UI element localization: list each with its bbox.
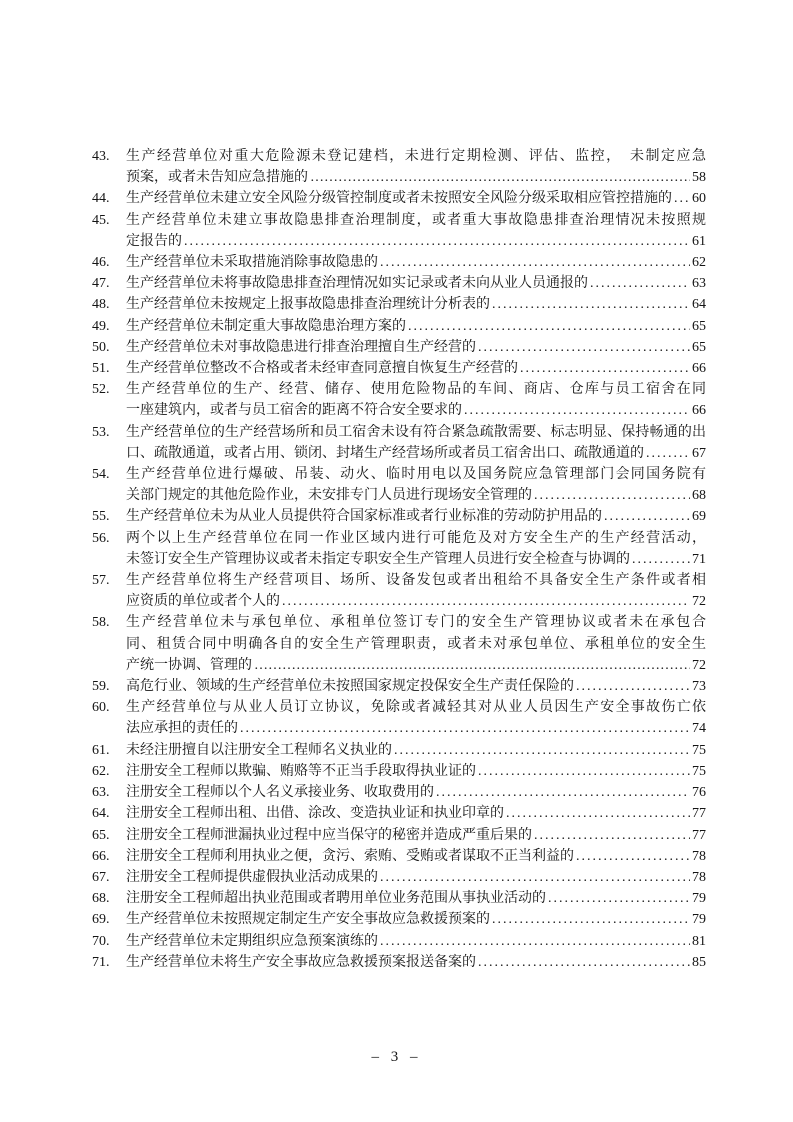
entry-number: 70.	[92, 931, 126, 952]
entry-body: 注册安全工程师以个人名义承接业务、收取费用的 .................…	[126, 782, 706, 803]
document-page: 43. 生产经营单位对重大危险源未登记建档，未进行定期检测、评估、监控， 未制定…	[0, 0, 793, 1122]
entry-text: 关部门规定的其他危险作业，未安排专门人员进行现场安全管理的	[126, 485, 532, 506]
toc-entry: 55. 生产经营单位未为从业人员提供符合国家标准或者行业标准的劳动防护用品的 .…	[92, 506, 706, 527]
dot-leader: ........................................…	[476, 761, 690, 782]
entry-text: 注册安全工程师以个人名义承接业务、收取费用的	[126, 782, 434, 803]
toc-entry: 63. 注册安全工程师以个人名义承接业务、收取费用的 .............…	[92, 782, 706, 803]
dot-leader: ……………………………………………………………………………………………………………	[252, 655, 690, 676]
entry-text-line: 生产经营单位与从业人员订立协议，免除或者减轻其对从业人员因生产安全事故伤亡依	[126, 697, 706, 718]
dot-leader: ........................................…	[182, 231, 690, 252]
entry-page-number: 62	[690, 252, 706, 273]
entry-page-number: 78	[690, 867, 706, 888]
entry-text: 预案，或者未告知应急措施的	[126, 167, 308, 188]
toc-entry: 68. 注册安全工程师超出执业范围或者聘用单位业务范围从事执业活动的 .....…	[92, 888, 706, 909]
toc-entry: 54. 生产经营单位进行爆破、吊装、动火、临时用电以及国务院应急管理部门会同国务…	[92, 464, 706, 506]
entry-body: 生产经营单位未建立事故隐患排查治理制度，或者重大事故隐患排查治理情况未按照规 定…	[126, 210, 706, 252]
entry-body: 生产经营单位未将生产安全事故应急救援预案报送备案的 ..............…	[126, 952, 706, 973]
entry-last-line: 口、疏散通道，或者占用、锁闭、封堵生产经营场所或者员工宿舍出口、疏散通道的 ..…	[126, 443, 706, 464]
entry-last-line: 一座建筑内，或者与员工宿舍的距离不符合安全要求的 ...............…	[126, 400, 706, 421]
entry-last-line: 注册安全工程师提供虚假执业活动成果的 .....................…	[126, 867, 706, 888]
dot-leader: ........................................…	[378, 931, 690, 952]
entry-number: 65.	[92, 825, 126, 846]
entry-number: 69.	[92, 909, 126, 930]
entry-text: 注册安全工程师提供虚假执业活动成果的	[126, 867, 378, 888]
entry-number: 53.	[92, 422, 126, 443]
entry-number: 57.	[92, 570, 126, 591]
entry-body: 注册安全工程师提供虚假执业活动成果的 .....................…	[126, 867, 706, 888]
entry-text: 生产经营单位未采取措施消除事故隐患的	[126, 252, 378, 273]
entry-text: 定报告的	[126, 231, 182, 252]
entry-last-line: 未签订安全生产管理协议或者未指定专职安全生产管理人员进行安全检查与协调的 ...…	[126, 549, 706, 570]
entry-text: 口、疏散通道，或者占用、锁闭、封堵生产经营场所或者员工宿舍出口、疏散通道的	[126, 443, 644, 464]
entry-page-number: 81	[690, 931, 706, 952]
entry-last-line: 注册安全工程师出租、出借、涂改、变造执业证和执业印章的 ............…	[126, 803, 706, 824]
entry-text-line: 生产经营单位未建立事故隐患排查治理制度，或者重大事故隐患排查治理情况未按照规	[126, 210, 706, 231]
toc-entry: 69. 生产经营单位未按照规定制定生产安全事故应急救援预案的 .........…	[92, 909, 706, 930]
toc-entry: 67. 注册安全工程师提供虚假执业活动成果的 .................…	[92, 867, 706, 888]
entry-last-line: 生产经营单位未按照规定制定生产安全事故应急救援预案的 .............…	[126, 909, 706, 930]
entry-number: 51.	[92, 358, 126, 379]
entry-text: 生产经营单位未按规定上报事故隐患排查治理统计分析表的	[126, 294, 490, 315]
entry-last-line: 生产经营单位未将事故隐患排查治理情况如实记录或者未向从业人员通报的 ......…	[126, 273, 706, 294]
entry-last-line: 注册安全工程师以欺骗、贿赂等不正当手段取得执业证的 ..............…	[126, 761, 706, 782]
toc-entry: 62. 注册安全工程师以欺骗、贿赂等不正当手段取得执业证的 ..........…	[92, 761, 706, 782]
entry-last-line: 未经注册擅自以注册安全工程师名义执业的 ....................…	[126, 740, 706, 761]
entry-page-number: 72	[690, 655, 706, 676]
entry-last-line: 生产经营单位未对事故隐患进行排查治理擅自生产经营的 ..............…	[126, 337, 706, 358]
entry-text: 应资质的单位或者个人的	[126, 591, 280, 612]
dot-leader: ........................................…	[630, 549, 690, 570]
entry-body: 生产经营单位未定期组织应急预案演练的 .....................…	[126, 931, 706, 952]
entry-page-number: 58	[690, 167, 706, 188]
dot-leader: ........................................…	[532, 825, 690, 846]
dot-leader: ........................................…	[462, 400, 690, 421]
entry-last-line: 生产经营单位未定期组织应急预案演练的 .....................…	[126, 931, 706, 952]
entry-page-number: 67	[690, 443, 706, 464]
entry-body: 生产经营单位未为从业人员提供符合国家标准或者行业标准的劳动防护用品的 .....…	[126, 506, 706, 527]
entry-number: 59.	[92, 676, 126, 697]
entry-last-line: 高危行业、领域的生产经营单位未按照国家规定投保安全生产责任保险的 .......…	[126, 676, 706, 697]
entry-page-number: 75	[690, 740, 706, 761]
entry-last-line: 预案，或者未告知应急措施的 ………………………………………………………………………	[126, 167, 706, 188]
entry-number: 47.	[92, 273, 126, 294]
entry-body: 生产经营单位未采取措施消除事故隐患的 .....................…	[126, 252, 706, 273]
entry-body: 生产经营单位将生产经营项目、场所、设备发包或者出租给不具备安全生产条件或者相 应…	[126, 570, 706, 612]
toc-entry: 60. 生产经营单位与从业人员订立协议，免除或者减轻其对从业人员因生产安全事故伤…	[92, 697, 706, 739]
dot-leader: ........................................…	[378, 867, 690, 888]
entry-last-line: 生产经营单位未采取措施消除事故隐患的 .....................…	[126, 252, 706, 273]
entry-number: 50.	[92, 337, 126, 358]
entry-text: 生产经营单位未按照规定制定生产安全事故应急救援预案的	[126, 909, 490, 930]
dot-leader: ........................................…	[588, 273, 690, 294]
entry-number: 52.	[92, 379, 126, 400]
toc-list: 43. 生产经营单位对重大危险源未登记建档，未进行定期检测、评估、监控， 未制定…	[92, 146, 706, 973]
toc-entry: 59. 高危行业、领域的生产经营单位未按照国家规定投保安全生产责任保险的 ...…	[92, 676, 706, 697]
entry-body: 生产经营单位的生产、经营、储存、使用危险物品的车间、商店、仓库与员工宿舍在同 一…	[126, 379, 706, 421]
entry-text-line: 生产经营单位的生产、经营、储存、使用危险物品的车间、商店、仓库与员工宿舍在同	[126, 379, 706, 400]
entry-page-number: 85	[690, 952, 706, 973]
entry-number: 67.	[92, 867, 126, 888]
entry-body: 生产经营单位未对事故隐患进行排查治理擅自生产经营的 ..............…	[126, 337, 706, 358]
entry-text: 高危行业、领域的生产经营单位未按照国家规定投保安全生产责任保险的	[126, 676, 574, 697]
entry-last-line: 注册安全工程师利用执业之便，贪污、索贿、受贿或者谋取不正当利益的 .......…	[126, 846, 706, 867]
entry-text: 注册安全工程师超出执业范围或者聘用单位业务范围从事执业活动的	[126, 888, 546, 909]
entry-body: 高危行业、领域的生产经营单位未按照国家规定投保安全生产责任保险的 .......…	[126, 676, 706, 697]
entry-text-line: 生产经营单位未与承包单位、承租单位签订专门的安全生产管理协议或者未在承包合	[126, 612, 706, 633]
toc-entry: 51. 生产经营单位整改不合格或者未经审查同意擅自恢复生产经营的 .......…	[92, 358, 706, 379]
entry-number: 64.	[92, 803, 126, 824]
toc-entry: 58. 生产经营单位未与承包单位、承租单位签订专门的安全生产管理协议或者未在承包…	[92, 612, 706, 676]
entry-number: 43.	[92, 146, 126, 167]
entry-last-line: 应资质的单位或者个人的 ............................…	[126, 591, 706, 612]
toc-entry: 70. 生产经营单位未定期组织应急预案演练的 .................…	[92, 931, 706, 952]
toc-entry: 52. 生产经营单位的生产、经营、储存、使用危险物品的车间、商店、仓库与员工宿舍…	[92, 379, 706, 421]
entry-text: 注册安全工程师泄漏执业过程中应当保守的秘密并造成严重后果的	[126, 825, 532, 846]
entry-body: 生产经营单位未制定重大事故隐患治理方案的 ...................…	[126, 316, 706, 337]
entry-body: 生产经营单位未按规定上报事故隐患排查治理统计分析表的 .............…	[126, 294, 706, 315]
entry-number: 49.	[92, 316, 126, 337]
entry-page-number: 60	[690, 188, 706, 209]
dot-leader: ........................................…	[280, 591, 690, 612]
entry-body: 生产经营单位未建立安全风险分级管控制度或者未按照安全风险分级采取相应管控措施的 …	[126, 188, 706, 209]
toc-entry: 66. 注册安全工程师利用执业之便，贪污、索贿、受贿或者谋取不正当利益的 ...…	[92, 846, 706, 867]
entry-body: 两个以上生产经营单位在同一作业区域内进行可能危及对方安全生产的生产经营活动， 未…	[126, 528, 706, 570]
entry-text: 生产经营单位未将生产安全事故应急救援预案报送备案的	[126, 952, 476, 973]
entry-text: 生产经营单位未制定重大事故隐患治理方案的	[126, 316, 406, 337]
entry-page-number: 66	[690, 400, 706, 421]
entry-number: 44.	[92, 188, 126, 209]
entry-page-number: 77	[690, 825, 706, 846]
entry-page-number: 63	[690, 273, 706, 294]
entry-number: 54.	[92, 464, 126, 485]
entry-number: 58.	[92, 612, 126, 633]
entry-page-number: 65	[690, 337, 706, 358]
entry-number: 55.	[92, 506, 126, 527]
entry-body: 生产经营单位的生产经营场所和员工宿舍未设有符合紧急疏散需要、标志明显、保持畅通的…	[126, 422, 706, 464]
entry-text: 注册安全工程师出租、出借、涂改、变造执业证和执业印章的	[126, 803, 504, 824]
footer-page-number: – 3 –	[0, 1049, 793, 1066]
toc-entry: 49. 生产经营单位未制定重大事故隐患治理方案的 ...............…	[92, 316, 706, 337]
dot-leader: ........................................…	[574, 676, 690, 697]
entry-text: 法应承担的责任的	[126, 718, 238, 739]
dot-leader: ........................................…	[574, 846, 690, 867]
entry-last-line: 生产经营单位未制定重大事故隐患治理方案的 ...................…	[126, 316, 706, 337]
entry-number: 45.	[92, 210, 126, 231]
entry-body: 注册安全工程师利用执业之便，贪污、索贿、受贿或者谋取不正当利益的 .......…	[126, 846, 706, 867]
toc-entry: 65. 注册安全工程师泄漏执业过程中应当保守的秘密并造成严重后果的 ......…	[92, 825, 706, 846]
entry-page-number: 76	[690, 782, 706, 803]
entry-body: 生产经营单位未按照规定制定生产安全事故应急救援预案的 .............…	[126, 909, 706, 930]
entry-text: 生产经营单位整改不合格或者未经审查同意擅自恢复生产经营的	[126, 358, 518, 379]
entry-body: 注册安全工程师以欺骗、贿赂等不正当手段取得执业证的 ..............…	[126, 761, 706, 782]
entry-text: 未签订安全生产管理协议或者未指定专职安全生产管理人员进行安全检查与协调的	[126, 549, 630, 570]
entry-page-number: 61	[690, 231, 706, 252]
entry-text-line: 生产经营单位将生产经营项目、场所、设备发包或者出租给不具备安全生产条件或者相	[126, 570, 706, 591]
toc-entry: 45. 生产经营单位未建立事故隐患排查治理制度，或者重大事故隐患排查治理情况未按…	[92, 210, 706, 252]
entry-text: 生产经营单位未建立安全风险分级管控制度或者未按照安全风险分级采取相应管控措施的	[126, 188, 672, 209]
toc-entry: 50. 生产经营单位未对事故隐患进行排查治理擅自生产经营的 ..........…	[92, 337, 706, 358]
entry-body: 生产经营单位未将事故隐患排查治理情况如实记录或者未向从业人员通报的 ......…	[126, 273, 706, 294]
toc-entry: 47. 生产经营单位未将事故隐患排查治理情况如实记录或者未向从业人员通报的 ..…	[92, 273, 706, 294]
toc-entry: 57. 生产经营单位将生产经营项目、场所、设备发包或者出租给不具备安全生产条件或…	[92, 570, 706, 612]
entry-body: 注册安全工程师出租、出借、涂改、变造执业证和执业印章的 ............…	[126, 803, 706, 824]
dot-leader: ........................................…	[532, 485, 690, 506]
entry-last-line: 注册安全工程师泄漏执业过程中应当保守的秘密并造成严重后果的 ..........…	[126, 825, 706, 846]
entry-body: 注册安全工程师泄漏执业过程中应当保守的秘密并造成严重后果的 ..........…	[126, 825, 706, 846]
entry-page-number: 73	[690, 676, 706, 697]
entry-last-line: 生产经营单位未为从业人员提供符合国家标准或者行业标准的劳动防护用品的 .....…	[126, 506, 706, 527]
dot-leader: ........................................…	[518, 358, 690, 379]
entry-page-number: 77	[690, 803, 706, 824]
entry-page-number: 75	[690, 761, 706, 782]
entry-last-line: 注册安全工程师超出执业范围或者聘用单位业务范围从事执业活动的 .........…	[126, 888, 706, 909]
dot-leader: ........................................…	[392, 740, 690, 761]
entry-last-line: 定报告的 ...................................…	[126, 231, 706, 252]
dot-leader: ........................................…	[434, 782, 690, 803]
entry-body: 生产经营单位进行爆破、吊装、动火、临时用电以及国务院应急管理部门会同国务院有 关…	[126, 464, 706, 506]
entry-last-line: 生产经营单位未建立安全风险分级管控制度或者未按照安全风险分级采取相应管控措施的 …	[126, 188, 706, 209]
dot-leader: ........................................…	[504, 803, 690, 824]
entry-text: 一座建筑内，或者与员工宿舍的距离不符合安全要求的	[126, 400, 462, 421]
entry-body: 生产经营单位与从业人员订立协议，免除或者减轻其对从业人员因生产安全事故伤亡依 法…	[126, 697, 706, 739]
entry-text-line: 生产经营单位的生产经营场所和员工宿舍未设有符合紧急疏散需要、标志明显、保持畅通的…	[126, 422, 706, 443]
dot-leader: ........................................…	[490, 294, 690, 315]
entry-number: 63.	[92, 782, 126, 803]
toc-entry: 46. 生产经营单位未采取措施消除事故隐患的 .................…	[92, 252, 706, 273]
entry-last-line: 法应承担的责任的 ...............................…	[126, 718, 706, 739]
entry-last-line: 产统一协调、管理的 …………………………………………………………………………………	[126, 655, 706, 676]
entry-body: 生产经营单位对重大危险源未登记建档，未进行定期检测、评估、监控， 未制定应急 预…	[126, 146, 706, 188]
entry-page-number: 78	[690, 846, 706, 867]
toc-entry: 61. 未经注册擅自以注册安全工程师名义执业的 ................…	[92, 740, 706, 761]
entry-number: 46.	[92, 252, 126, 273]
entry-last-line: 生产经营单位整改不合格或者未经审查同意擅自恢复生产经营的 ...........…	[126, 358, 706, 379]
entry-text: 生产经营单位未将事故隐患排查治理情况如实记录或者未向从业人员通报的	[126, 273, 588, 294]
entry-text-line: 生产经营单位进行爆破、吊装、动火、临时用电以及国务院应急管理部门会同国务院有	[126, 464, 706, 485]
dot-leader: ........................................…	[602, 506, 690, 527]
entry-text: 产统一协调、管理的	[126, 655, 252, 676]
entry-body: 未经注册擅自以注册安全工程师名义执业的 ....................…	[126, 740, 706, 761]
entry-text: 生产经营单位未为从业人员提供符合国家标准或者行业标准的劳动防护用品的	[126, 506, 602, 527]
entry-number: 68.	[92, 888, 126, 909]
entry-number: 48.	[92, 294, 126, 315]
entry-text: 注册安全工程师以欺骗、贿赂等不正当手段取得执业证的	[126, 761, 476, 782]
entry-number: 61.	[92, 740, 126, 761]
toc-entry: 64. 注册安全工程师出租、出借、涂改、变造执业证和执业印章的 ........…	[92, 803, 706, 824]
entry-body: 生产经营单位未与承包单位、承租单位签订专门的安全生产管理协议或者未在承包合同、租…	[126, 612, 706, 676]
entry-text-line: 同、租赁合同中明确各自的安全生产管理职责，或者未对承包单位、承租单位的安全生	[126, 634, 706, 655]
entry-page-number: 66	[690, 358, 706, 379]
dot-leader: ........................................…	[644, 443, 690, 464]
entry-number: 62.	[92, 761, 126, 782]
entry-page-number: 79	[690, 909, 706, 930]
dot-leader: ........................................…	[378, 252, 690, 273]
entry-number: 60.	[92, 697, 126, 718]
entry-text-line: 两个以上生产经营单位在同一作业区域内进行可能危及对方安全生产的生产经营活动，	[126, 528, 706, 549]
entry-text: 注册安全工程师利用执业之便，贪污、索贿、受贿或者谋取不正当利益的	[126, 846, 574, 867]
dot-leader: ........................................…	[238, 718, 690, 739]
toc-entry: 71. 生产经营单位未将生产安全事故应急救援预案报送备案的 ..........…	[92, 952, 706, 973]
toc-entry: 56. 两个以上生产经营单位在同一作业区域内进行可能危及对方安全生产的生产经营活…	[92, 528, 706, 570]
entry-last-line: 生产经营单位未将生产安全事故应急救援预案报送备案的 ..............…	[126, 952, 706, 973]
entry-page-number: 68	[690, 485, 706, 506]
entry-page-number: 71	[690, 549, 706, 570]
entry-page-number: 69	[690, 506, 706, 527]
entry-page-number: 74	[690, 718, 706, 739]
entry-text: 生产经营单位未对事故隐患进行排查治理擅自生产经营的	[126, 337, 476, 358]
toc-entry: 53. 生产经营单位的生产经营场所和员工宿舍未设有符合紧急疏散需要、标志明显、保…	[92, 422, 706, 464]
toc-entry: 48. 生产经营单位未按规定上报事故隐患排查治理统计分析表的 .........…	[92, 294, 706, 315]
dot-leader: ........................................…	[672, 188, 690, 209]
dot-leader: ........................................…	[406, 316, 690, 337]
entry-page-number: 64	[690, 294, 706, 315]
entry-text: 未经注册擅自以注册安全工程师名义执业的	[126, 740, 392, 761]
entry-last-line: 关部门规定的其他危险作业，未安排专门人员进行现场安全管理的 ..........…	[126, 485, 706, 506]
entry-page-number: 79	[690, 888, 706, 909]
dot-leader: ........................................…	[476, 952, 690, 973]
dot-leader: ........................................…	[476, 337, 690, 358]
dot-leader: ........................................…	[490, 909, 690, 930]
entry-text-line: 生产经营单位对重大危险源未登记建档，未进行定期检测、评估、监控， 未制定应急	[126, 146, 706, 167]
entry-page-number: 65	[690, 316, 706, 337]
dot-leader: ……………………………………………………………………………………………………………	[308, 167, 690, 188]
entry-number: 66.	[92, 846, 126, 867]
entry-text: 生产经营单位未定期组织应急预案演练的	[126, 931, 378, 952]
entry-last-line: 注册安全工程师以个人名义承接业务、收取费用的 .................…	[126, 782, 706, 803]
toc-entry: 44. 生产经营单位未建立安全风险分级管控制度或者未按照安全风险分级采取相应管控…	[92, 188, 706, 209]
entry-body: 注册安全工程师超出执业范围或者聘用单位业务范围从事执业活动的 .........…	[126, 888, 706, 909]
entry-page-number: 72	[690, 591, 706, 612]
entry-last-line: 生产经营单位未按规定上报事故隐患排查治理统计分析表的 .............…	[126, 294, 706, 315]
entry-number: 56.	[92, 528, 126, 549]
dot-leader: ........................................…	[546, 888, 690, 909]
entry-number: 71.	[92, 952, 126, 973]
entry-body: 生产经营单位整改不合格或者未经审查同意擅自恢复生产经营的 ...........…	[126, 358, 706, 379]
toc-entry: 43. 生产经营单位对重大危险源未登记建档，未进行定期检测、评估、监控， 未制定…	[92, 146, 706, 188]
